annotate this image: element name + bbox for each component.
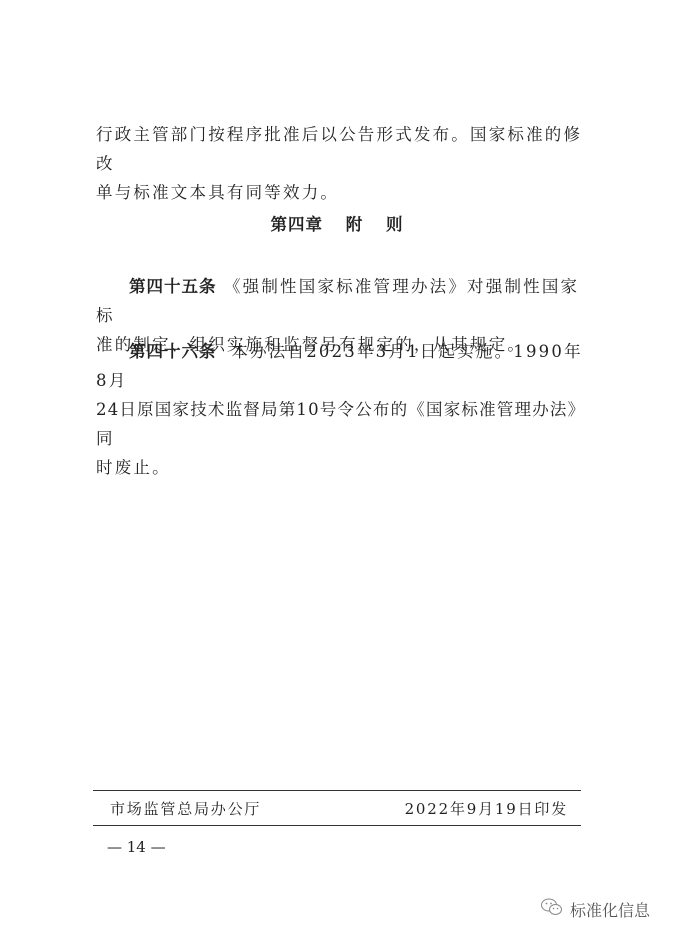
text-line: 时废止。: [96, 453, 586, 482]
chapter-title-1: 附: [346, 215, 364, 234]
wechat-icon: [540, 897, 570, 921]
issuer: 市场监管总局办公厅: [110, 798, 261, 819]
text-line: 第四十五条 《强制性国家标准管理办法》对强制性国家标: [96, 272, 586, 330]
footer-issuer-row: 市场监管总局办公厅 2022年9月19日印发: [110, 798, 568, 819]
footer-top-rule: [93, 790, 581, 791]
text-line: 24日原国家技术监督局第10号令公布的《国家标准管理办法》同: [96, 395, 586, 453]
chapter-number: 第四章: [271, 215, 324, 234]
watermark-text: 标准化信息: [570, 898, 650, 921]
page-number: — 14 —: [107, 838, 166, 856]
article-title: 第四十五条: [129, 277, 217, 296]
article-title: 第四十六条: [129, 342, 217, 361]
chapter-heading: 第四章 附 则: [0, 211, 674, 235]
text-line: 行政主管部门按程序批准后以公告形式发布。国家标准的修改: [96, 120, 586, 178]
watermark: 标准化信息: [540, 897, 650, 921]
issue-date: 2022年9月19日印发: [405, 798, 568, 819]
text-line: 第四十六条 本办法自2023年3月1日起实施。1990年8月: [96, 337, 586, 395]
text-line: 单与标准文本具有同等效力。: [96, 178, 586, 207]
intro-paragraph: 行政主管部门按程序批准后以公告形式发布。国家标准的修改 单与标准文本具有同等效力…: [96, 120, 586, 207]
chapter-title-2: 则: [386, 215, 404, 234]
footer-bottom-rule: [93, 825, 581, 826]
article-46: 第四十六条 本办法自2023年3月1日起实施。1990年8月 24日原国家技术监…: [96, 337, 586, 482]
